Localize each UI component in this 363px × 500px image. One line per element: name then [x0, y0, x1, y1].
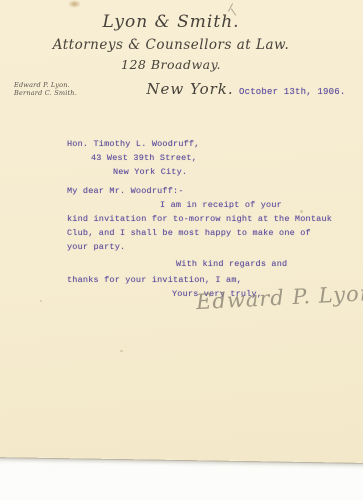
partner-name: Edward P. Lyon.	[14, 81, 104, 89]
paper-speck	[300, 210, 303, 213]
body-line: your party.	[67, 242, 125, 252]
recipient-street-line: 43 West 39th Street,	[91, 153, 197, 163]
typed-date-line: October 13th, 1906.	[239, 87, 345, 97]
body-line: thanks for your invitation, I am,	[67, 275, 242, 285]
body-line: With kind regards and	[176, 259, 287, 269]
partner-name: Bernard C. Smith.	[14, 89, 104, 97]
body-line: Club, and I shall be most happy to make …	[67, 228, 311, 238]
letter-content: Lyon & Smith. Attorneys & Counsellors at…	[0, 0, 363, 500]
letterhead-subtitle: Attorneys & Counsellors at Law.	[0, 37, 342, 53]
paper-speck	[120, 350, 123, 352]
recipient-name-line: Hon. Timothy L. Woodruff,	[67, 139, 200, 149]
salutation-line: My dear Mr. Woodruff:-	[67, 186, 184, 196]
letterhead-firm-name: Lyon & Smith.	[0, 12, 342, 32]
body-line: kind invitation for to-morrow night at t…	[67, 214, 332, 224]
handwritten-signature: Edward P. Lyon	[195, 282, 356, 314]
recipient-city-line: New York City.	[113, 167, 187, 177]
body-line: I am in receipt of your	[160, 200, 282, 210]
letterhead-street-address: 128 Broadway.	[0, 57, 342, 72]
scanned-letter-page: { "letterhead": { "firm_name": "Lyon & S…	[0, 0, 363, 500]
letterhead-partner-list: Edward P. Lyon. Bernard C. Smith.	[14, 81, 104, 97]
stain-spot	[68, 0, 81, 8]
paper-speck	[40, 300, 42, 302]
